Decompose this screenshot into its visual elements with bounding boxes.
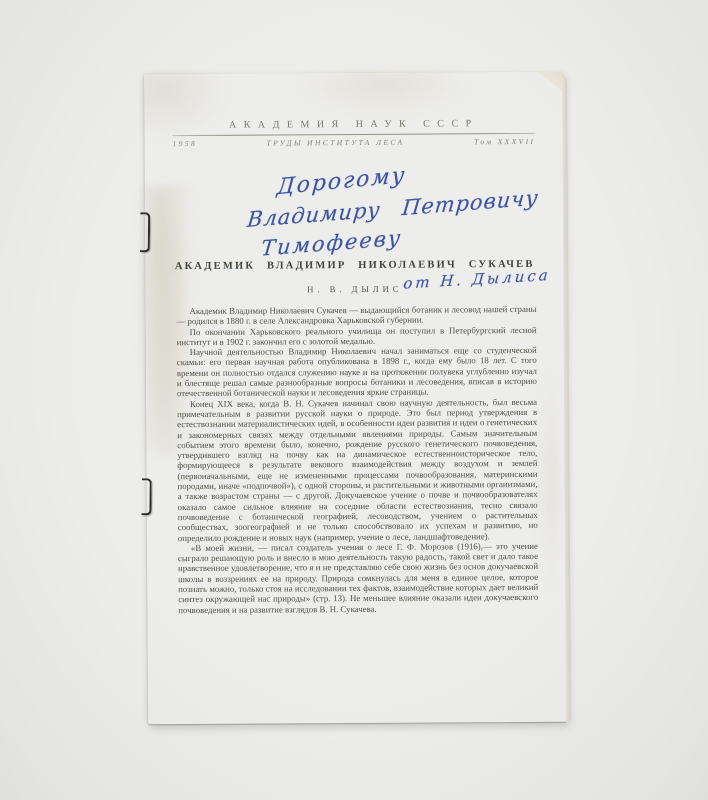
journal-volume: Том XXXVII [474, 137, 535, 146]
photo-of-brochure: { "photo": { "backdrop_color": "#ededeb"… [0, 0, 708, 800]
inscription-line: Тимофееву [260, 226, 403, 261]
masthead: АКАДЕМИЯ НАУК СССР 1958 ТРУДЫ ИНСТИТУТА … [172, 118, 535, 148]
paragraph: Академик Владимир Николаевич Сукачев — в… [176, 304, 536, 327]
journal-line: 1958 ТРУДЫ ИНСТИТУТА ЛЕСА Том XXXVII [172, 137, 535, 148]
folded-corner [537, 72, 563, 92]
paragraph: Научной деятельностью Владимир Николаеви… [177, 345, 537, 399]
page-back-edge [562, 78, 571, 722]
paragraph: «В моей жизни, — писал создатель учения … [178, 541, 538, 615]
staple-icon [141, 478, 151, 515]
article-body: Академик Владимир Николаевич Сукачев — в… [176, 304, 538, 615]
article-title: АКАДЕМИК ВЛАДИМИР НИКОЛАЕВИЧ СУКАЧЕВ [145, 259, 564, 273]
paragraph: Конец XIX века, когда В. Н. Сукачев начи… [177, 397, 538, 543]
academy-name: АКАДЕМИЯ НАУК СССР [172, 118, 535, 131]
journal-series: ТРУДЫ ИНСТИТУТА ЛЕСА [267, 138, 405, 148]
masthead-rule [172, 133, 535, 136]
brochure-cover-page: АКАДЕМИЯ НАУК СССР 1958 ТРУДЫ ИНСТИТУТА … [144, 72, 567, 725]
article-author: Н. В. ДЫЛИС [145, 283, 564, 296]
staple-icon [140, 212, 150, 252]
journal-year: 1958 [172, 139, 197, 148]
inscription-line: Дорогому [276, 163, 407, 200]
paper-stain [294, 70, 474, 117]
inscription-line: Владимиру Петровичу [246, 186, 540, 232]
paragraph: По окончании Харьковского реального учил… [177, 324, 537, 347]
